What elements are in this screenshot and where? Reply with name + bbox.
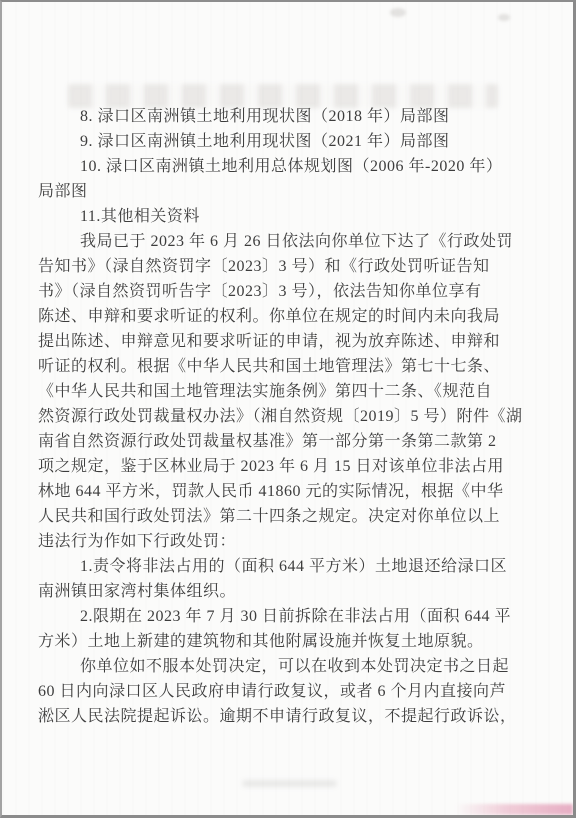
paragraph-penalty-item-2: 2.限期在 2023 年 7 月 30 日前拆除在非法占用（面积 644 平 方… <box>38 604 538 654</box>
document-body: 8. 渌口区南洲镇土地利用现状图（2018 年）局部图 9. 渌口区南洲镇土地利… <box>38 104 538 729</box>
stamp-bleed-mark <box>455 804 573 815</box>
list-item-9: 9. 渌口区南洲镇土地利用现状图（2021 年）局部图 <box>38 129 538 154</box>
list-item-10: 10. 渌口区南洲镇土地利用总体规划图（2006 年-2020 年） 局部图 <box>38 154 538 204</box>
scan-speckle <box>498 14 510 21</box>
paragraph-penalty-item-1: 1.责令将非法占用的（面积 644 平方米）土地退还给渌口区 南洲镇田家湾村集体… <box>38 554 538 604</box>
list-item-11: 11.其他相关资料 <box>38 204 538 229</box>
scanned-document-page: 8. 渌口区南洲镇土地利用现状图（2018 年）局部图 9. 渌口区南洲镇土地利… <box>0 0 576 818</box>
scan-speckle <box>390 8 406 17</box>
paragraph-appeal-rights: 你单位如不服本处罚决定，可以在收到本处罚决定书之日起 60 日内向渌口区人民政府… <box>38 654 538 729</box>
paragraph-notice-and-legal-basis: 我局已于 2023 年 6 月 26 日依法向你单位下达了《行政处罚 告知书》（… <box>38 229 538 554</box>
scan-smudge <box>242 780 337 787</box>
list-item-8: 8. 渌口区南洲镇土地利用现状图（2018 年）局部图 <box>38 104 538 129</box>
